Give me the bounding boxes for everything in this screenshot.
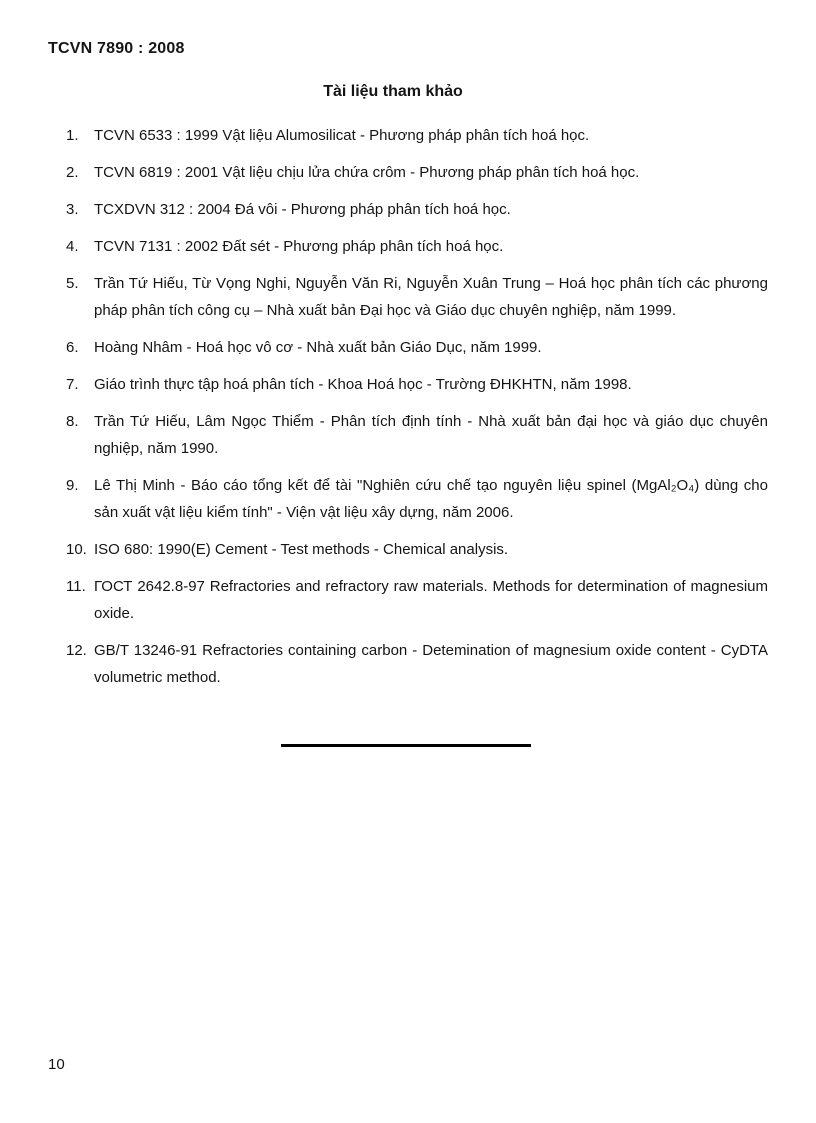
page-number: 10 (48, 1056, 65, 1073)
section-end-rule (281, 744, 531, 747)
reference-item: 7. Giáo trình thực tập hoá phân tích - K… (66, 371, 768, 398)
reference-text: Lê Thị Minh - Báo cáo tổng kết để tài "N… (94, 472, 768, 526)
reference-text: Giáo trình thực tập hoá phân tích - Khoa… (94, 371, 768, 398)
reference-text: Trần Tứ Hiếu, Lâm Ngọc Thiểm - Phân tích… (94, 408, 768, 462)
reference-number: 5. (66, 270, 94, 324)
reference-number: 1. (66, 122, 94, 149)
reference-number: 6. (66, 334, 94, 361)
reference-item: 11. ГОСТ 2642.8-97 Refractories and refr… (66, 573, 768, 627)
reference-item: 2. TCVN 6819 : 2001 Vật liệu chịu lửa ch… (66, 159, 768, 186)
reference-text: TCVN 6819 : 2001 Vật liệu chịu lửa chứa … (94, 159, 768, 186)
reference-number: 7. (66, 371, 94, 398)
reference-text: ISO 680: 1990(E) Cement - Test methods -… (94, 536, 768, 563)
reference-item: 9. Lê Thị Minh - Báo cáo tổng kết để tài… (66, 472, 768, 526)
reference-item: 6. Hoàng Nhâm - Hoá học vô cơ - Nhà xuất… (66, 334, 768, 361)
reference-text: Trần Tứ Hiếu, Từ Vọng Nghi, Nguyễn Văn R… (94, 270, 768, 324)
reference-item: 5. Trần Tứ Hiếu, Từ Vọng Nghi, Nguyễn Vă… (66, 270, 768, 324)
reference-item: 12. GB/T 13246-91 Refractories containin… (66, 637, 768, 691)
document-page: TCVN 7890 : 2008 Tài liệu tham khảo 1. T… (0, 0, 816, 1123)
reference-item: 8. Trần Tứ Hiếu, Lâm Ngọc Thiểm - Phân t… (66, 408, 768, 462)
reference-number: 2. (66, 159, 94, 186)
reference-number: 11. (66, 573, 94, 627)
reference-number: 10. (66, 536, 94, 563)
reference-item: 4. TCVN 7131 : 2002 Đất sét - Phương phá… (66, 233, 768, 260)
page-title: Tài liệu tham khảo (0, 83, 786, 101)
reference-text: TCVN 7131 : 2002 Đất sét - Phương pháp p… (94, 233, 768, 260)
reference-text: TCVN 6533 : 1999 Vật liệu Alumosilicat -… (94, 122, 768, 149)
reference-text: GB/T 13246-91 Refractories containing ca… (94, 637, 768, 691)
reference-item: 1. TCVN 6533 : 1999 Vật liệu Alumosilica… (66, 122, 768, 149)
reference-text: ГОСТ 2642.8-97 Refractories and refracto… (94, 573, 768, 627)
reference-number: 3. (66, 196, 94, 223)
reference-number: 8. (66, 408, 94, 462)
reference-list: 1. TCVN 6533 : 1999 Vật liệu Alumosilica… (66, 122, 768, 701)
reference-item: 10. ISO 680: 1990(E) Cement - Test metho… (66, 536, 768, 563)
reference-number: 12. (66, 637, 94, 691)
reference-text: Hoàng Nhâm - Hoá học vô cơ - Nhà xuất bả… (94, 334, 768, 361)
reference-number: 9. (66, 472, 94, 526)
reference-item: 3. TCXDVN 312 : 2004 Đá vôi - Phương phá… (66, 196, 768, 223)
document-code: TCVN 7890 : 2008 (48, 40, 185, 58)
reference-number: 4. (66, 233, 94, 260)
reference-text: TCXDVN 312 : 2004 Đá vôi - Phương pháp p… (94, 196, 768, 223)
